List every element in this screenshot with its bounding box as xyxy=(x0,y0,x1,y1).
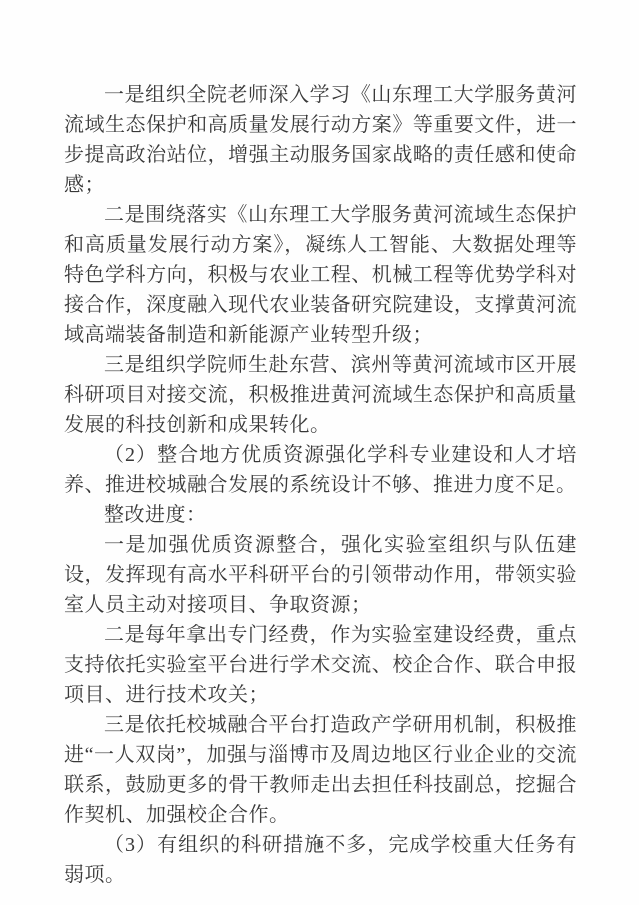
document-body: 一是组织全院老师深入学习《山东理工大学服务黄河流域生态保护和高质量发展行动方案》… xyxy=(64,80,577,890)
document-page: 一是组织全院老师深入学习《山东理工大学服务黄河流域生态保护和高质量发展行动方案》… xyxy=(0,0,639,905)
page-number: 1 xyxy=(0,835,639,851)
paragraph: 二是围绕落实《山东理工大学服务黄河流域生态保护和高质量发展行动方案》，凝练人工智… xyxy=(64,200,577,350)
paragraph: 一是组织全院老师深入学习《山东理工大学服务黄河流域生态保护和高质量发展行动方案》… xyxy=(64,80,577,200)
paragraph: （2）整合地方优质资源强化学科专业建设和人才培养、推进校城融合发展的系统设计不够… xyxy=(64,440,577,500)
paragraph: 三是依托校城融合平台打造政产学研用机制，积极推进“一人双岗”，加强与淄博市及周边… xyxy=(64,710,577,830)
paragraph: 三是组织学院师生赴东营、滨州等黄河流域市区开展科研项目对接交流，积极推进黄河流域… xyxy=(64,350,577,440)
paragraph: 一是加强优质资源整合，强化实验室组织与队伍建设，发挥现有高水平科研平台的引领带动… xyxy=(64,530,577,620)
paragraph: 二是每年拿出专门经费，作为实验室建设经费，重点支持依托实验室平台进行学术交流、校… xyxy=(64,620,577,710)
paragraph: 整改进度： xyxy=(64,500,577,530)
